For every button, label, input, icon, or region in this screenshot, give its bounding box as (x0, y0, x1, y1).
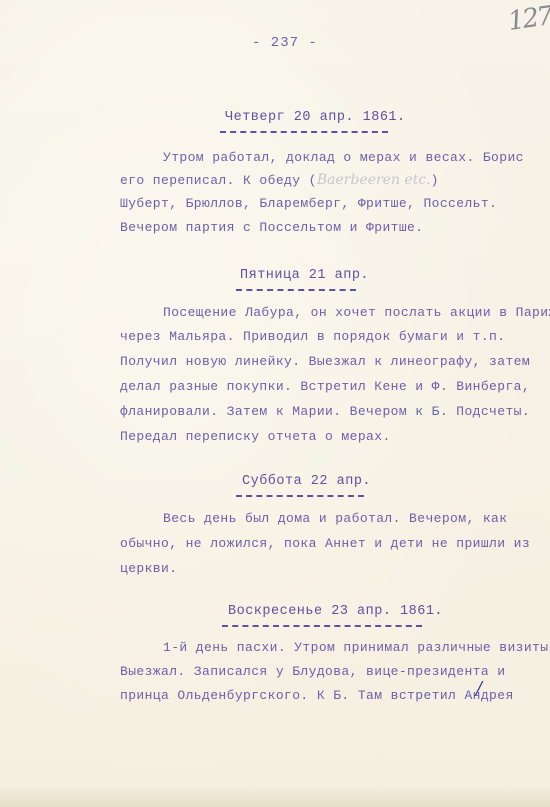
entry-line: делал разные покупки. Встретил Кене и Ф.… (120, 379, 530, 394)
entry-heading-sunday: Воскресенье 23 апр. 1861. (228, 604, 443, 619)
heading-underline (220, 131, 388, 133)
entry-heading-saturday: Суббота 22 апр. (242, 474, 371, 489)
page-number: - 237 - (252, 35, 318, 51)
entry-line: через Мальяра. Приводил в порядок бумаги… (120, 329, 505, 344)
entry-line: Посещение Лабура, он хочет послать акции… (163, 305, 550, 320)
entry-line: Получил новую линейку. Выезжал к линеогр… (120, 354, 530, 369)
handwritten-insert: Baerbeeren etc. (317, 172, 431, 188)
entry-heading-friday: Пятница 21 апр. (240, 268, 369, 283)
entry-line: принца Ольденбургского. К Б. Там встрети… (120, 688, 514, 703)
handwritten-correction-mark: / (476, 678, 482, 699)
entry-line: Шуберт, Брюллов, Бларемберг, Фритше, Пос… (120, 196, 497, 211)
entry-line: Вечером партия с Поссельтом и Фритше. (120, 220, 423, 235)
insert-close-paren: ) (431, 173, 439, 188)
heading-underline (222, 625, 422, 627)
entry-line: Выезжал. Записался у Блудова, вице-прези… (120, 664, 505, 679)
entry-line: церкви. (120, 561, 177, 576)
entry-heading-thursday: Четверг 20 апр. 1861. (225, 110, 406, 125)
heading-underline (236, 495, 364, 497)
entry-line: 1-й день пасхи. Утром принимал различные… (163, 640, 550, 655)
paper-edge (0, 785, 550, 807)
folio-number: 127 (506, 1, 550, 37)
entry-line: фланировали. Затем к Марии. Вечером к Б.… (120, 404, 530, 419)
heading-underline (236, 289, 356, 291)
document-page: 127 - 237 - Четверг 20 апр. 1861. Утром … (0, 0, 550, 807)
entry-line: его переписал. К обеду (Baerbeeren etc.) (120, 172, 439, 188)
entry-line: Утром работал, доклад о мерах и весах. Б… (163, 150, 524, 165)
entry-line: обычно, не ложился, пока Аннет и дети не… (120, 536, 530, 551)
entry-line: Передал переписку отчета о мерах. (120, 429, 391, 444)
entry-line: Весь день был дома и работал. Вечером, к… (163, 511, 507, 526)
entry-line-text: его переписал. К обеду ( (120, 173, 317, 188)
